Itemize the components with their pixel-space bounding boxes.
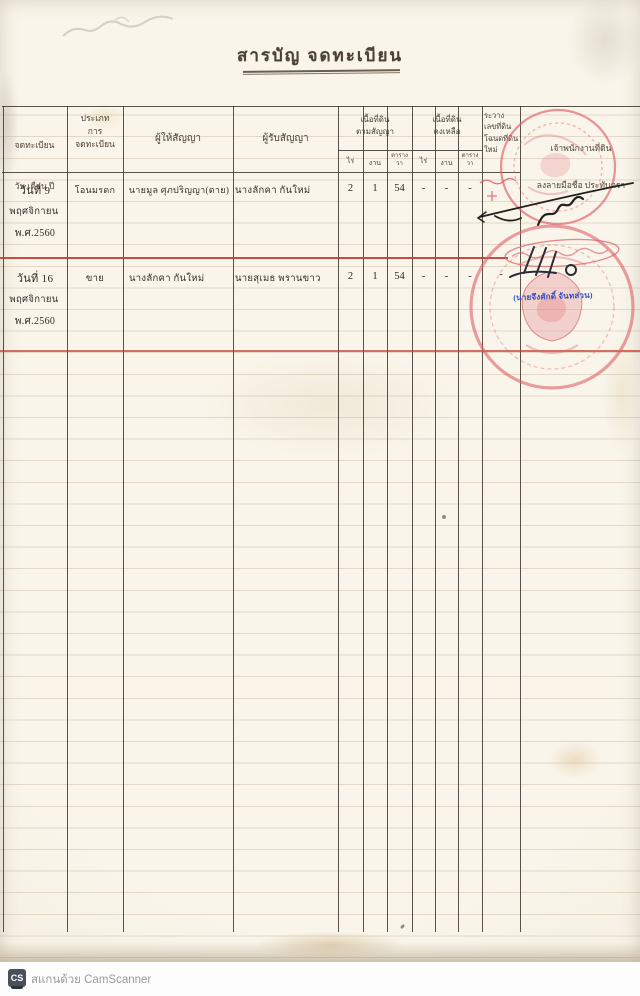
paper-bottom-edge [0,942,640,962]
camscanner-logo-icon: CS [8,969,26,987]
row2-date-line3: พ.ศ.2560 [5,314,65,329]
table-column-line [412,106,413,932]
row1-remain-rai: - [413,183,434,194]
row2-grantor: นางลักคา กันใหม่ [125,271,233,286]
table-column-line [67,106,68,932]
red-divider-line [0,257,508,259]
table-column-line [123,106,124,932]
table-column-line [387,106,388,932]
table-column-line [233,106,234,932]
signature-lower [510,247,576,277]
row1-grantor: นายมูล ศุภปริญญา(ตาย) [125,183,233,197]
row1-date-line2: พฤศจิกายน [3,204,65,219]
camscanner-watermark-text: สแกนด้วย CamScanner [31,971,151,989]
ink-speck [442,515,446,519]
row1-type: โอนมรดก [68,183,122,197]
row1-area-rai: 2 [339,183,362,194]
table-column-line [435,106,436,932]
row2-date-line2: พฤศจิกายน [3,292,65,307]
row1-date-line3: พ.ศ.2560 [5,226,65,241]
row2-grantee: นายสุเมธ พรานขาว [235,271,337,286]
scanned-document-page: สารบัญ จดทะเบียน จดทะเบียน วัน เดือน ปี … [0,0,640,996]
header-register-line1: จดทะเบียน [15,140,55,150]
row2-remain-rai: - [413,271,434,282]
row2-date-line1: วันที่ 16 [5,269,65,287]
header-rai: ไร่ [339,156,362,167]
row2-area-ngan: 1 [364,271,386,282]
row1-grantee: นางลักคา กันใหม่ [235,183,337,198]
row1-date-line1: วันที่ 9 [5,181,65,199]
header-type: ประเภท การ จดทะเบียน [68,112,122,152]
header-rai: ไร่ [413,156,434,167]
row2-type: ขาย [68,271,122,286]
table-column-line [338,106,339,932]
stamps-overlay [440,95,640,405]
header-area-contract: เนื้อที่ดิน ตามสัญญา [339,114,411,139]
row1-area-wa: 54 [388,183,411,194]
header-ngan: งาน [364,158,386,169]
header-grantor: ผู้ให้สัญญา [124,131,232,147]
row2-area-rai: 2 [339,271,362,282]
row1-area-ngan: 1 [364,183,386,194]
camscanner-logo-tab [11,986,23,989]
camscanner-footer-bar: CS สแกนด้วย CamScanner [0,962,640,996]
page-title: สารบัญ จดทะเบียน [0,42,640,69]
table-column-line [363,106,364,932]
row2-area-wa: 54 [388,271,411,282]
header-grantee: ผู้รับสัญญา [234,131,337,147]
table-column-line [3,106,4,932]
header-wa: ตาราง วา [388,152,411,169]
